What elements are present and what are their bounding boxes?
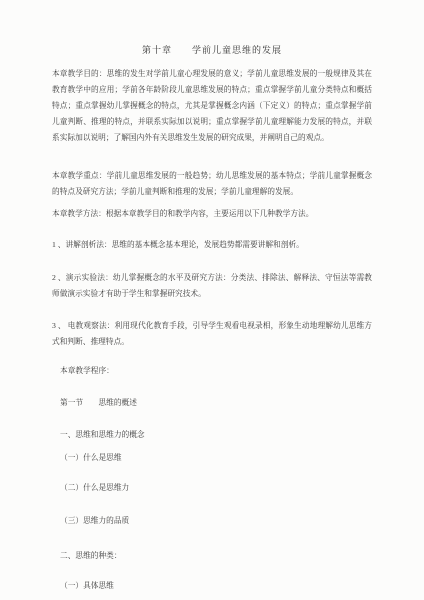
- outline-item-concepts: 一、思维和思维力的概念: [52, 427, 372, 443]
- outline-item-what-is-thinking: （一）什么是思维: [52, 450, 372, 466]
- outline-item-concrete-thinking: （一）具体思维: [52, 578, 372, 594]
- teaching-objectives-paragraph: 本章教学目的：思维的发生对学前儿童心理发展的意义；学前儿童思维发展的一般规律及其…: [52, 66, 372, 146]
- chapter-title: 第十章 学前儿童思维的发展: [52, 44, 372, 56]
- teaching-methods-intro: 本章教学方法：根据本章教学目的和教学内容，主要运用以下几种教学方法。: [52, 206, 372, 222]
- section-1-heading: 第一节 思维的概述: [52, 395, 372, 411]
- method-item-1: 1 、讲解剖析法：思维的基本概念基本理论，发展趋势都需要讲解和剖析。: [52, 237, 372, 253]
- outline-item-types-of-thinking: 二、思维的种类：: [52, 548, 372, 564]
- teaching-procedure-label: 本章教学程序：: [52, 363, 372, 379]
- method-item-3: 3 、 电教观察法：利用现代化教育手段，引导学生观看电视录相，形象生动地理解幼儿…: [52, 318, 372, 350]
- outline-item-quality-of-thinking-ability: （三）思维力的品质: [52, 513, 372, 529]
- outline-item-what-is-thinking-ability: （二）什么是思维力: [52, 480, 372, 496]
- teaching-key-points-paragraph: 本章教学重点：学前儿童思维发展的一般趋势；幼儿思维发展的基本特点；学前儿童掌握概…: [52, 168, 372, 200]
- document-page: 第十章 学前儿童思维的发展 本章教学目的：思维的发生对学前儿童心理发展的意义；学…: [0, 0, 424, 600]
- method-item-2: 2 、演示实验法：幼儿掌握概念的水平及研究方法：分类法、排除法、解释法、守恒法等…: [52, 270, 372, 302]
